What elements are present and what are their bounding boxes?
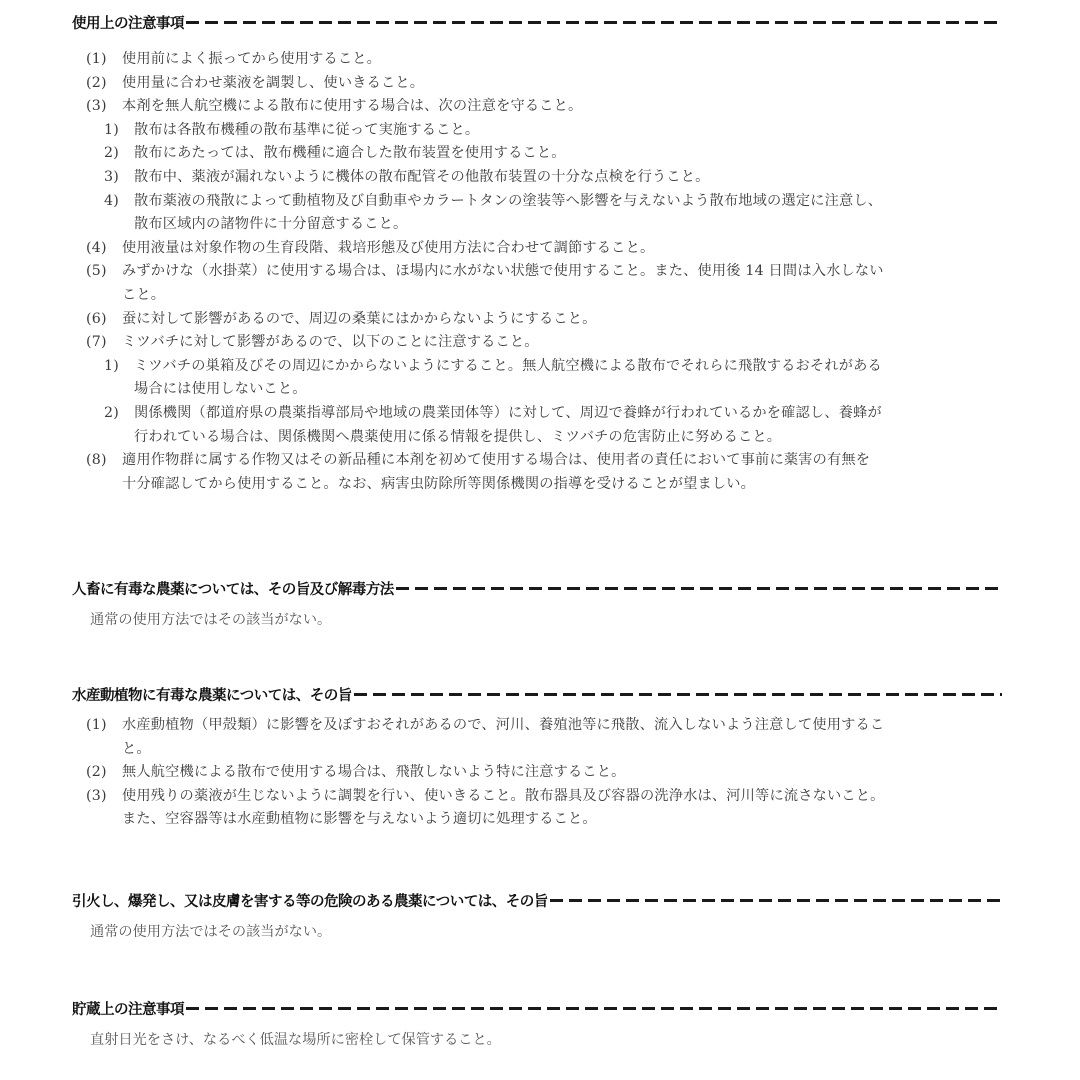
section-heading: 引火し、爆発し、又は皮膚を害する等の危険のある農薬については、その旨 (72, 888, 1002, 912)
sub-item-text: 散布中、薬液が漏れないように機体の散布配管その他散布装置の十分な点検を行うこと。 (134, 169, 710, 185)
item-number: (4) (86, 237, 107, 261)
sub-item-text: 関係機関（都道府県の農薬指導部局や地域の農業団体等）に対して、周辺で養蜂が行われ… (134, 402, 1002, 426)
list-item: (3)使用残りの薬液が生じないように調製を行い、使いきること。散布器具及び容器の… (86, 785, 1002, 832)
sub-item-number: 2) (104, 142, 119, 166)
section-usage-precautions: 使用上の注意事項 (1)使用前によく振ってから使用すること。 (2)使用量に合わ… (72, 10, 1002, 496)
list-item: (8)適用作物群に属する作物又はその新品種に本剤を初めて使用する場合は、使用者の… (86, 449, 1002, 496)
sub-item-text: 散布は各散布機種の散布基準に従って実施すること。 (134, 122, 479, 138)
list-item: (2)使用量に合わせ薬液を調製し、使いきること。 (86, 72, 1002, 96)
item-text-cont: 十分確認してから使用すること。なお、病害虫防除所等関係機関の指導を受けることが望… (122, 473, 1002, 497)
sub-item-number: 1) (104, 119, 119, 143)
item-text-cont: と。 (122, 738, 1002, 762)
list-item: (7)ミツバチに対して影響があるので、以下のことに注意すること。 (86, 331, 1002, 355)
sub-item-text-cont: 散布区域内の諸物件に十分留意すること。 (134, 213, 1002, 237)
section-text: 通常の使用方法ではその該当がない。 (90, 920, 1002, 944)
item-text: 水産動植物（甲殻類）に影響を及ぼすおそれがあるので、河川、養殖池等に飛散、流入し… (122, 714, 1002, 738)
item-number: (6) (86, 308, 107, 332)
item-number: (2) (86, 761, 107, 785)
sub-item-text: 散布薬液の飛散によって動植物及び自動車やカラートタンの塗装等へ影響を与えないよう… (134, 190, 1002, 214)
item-number: (3) (86, 785, 107, 809)
section-human-livestock-toxicity: 人畜に有毒な農薬については、その旨及び解毒方法 通常の使用方法ではその該当がない… (72, 576, 1002, 632)
item-number: (3) (86, 95, 107, 119)
heading-text: 水産動植物に有毒な農薬については、その旨 (72, 684, 352, 705)
heading-text: 引火し、爆発し、又は皮膚を害する等の危険のある農薬については、その旨 (72, 890, 548, 911)
heading-text: 使用上の注意事項 (72, 12, 184, 33)
item-number: (2) (86, 72, 107, 96)
list-item: (5)みずかけな（水掛菜）に使用する場合は、ほ場内に水がない状態で使用すること。… (86, 260, 1002, 307)
list-item: (6)蚕に対して影響があるので、周辺の桑葉にはかからないようにすること。 (86, 308, 1002, 332)
section-aquatic-toxicity: 水産動植物に有毒な農薬については、その旨 (1)水産動植物（甲殻類）に影響を及ぼ… (72, 682, 1002, 832)
item-text: 使用量に合わせ薬液を調製し、使いきること。 (122, 75, 424, 91)
sub-list-item: 4)散布薬液の飛散によって動植物及び自動車やカラートタンの塗装等へ影響を与えない… (104, 190, 1002, 237)
sub-item-text-cont: 行われている場合は、関係機関へ農薬使用に係る情報を提供し、ミツバチの危害防止に努… (134, 426, 1002, 450)
list-item: (2)無人航空機による散布で使用する場合は、飛散しないよう特に注意すること。 (86, 761, 1002, 785)
item-number: (1) (86, 48, 107, 72)
section-fire-explosion-skin-hazard: 引火し、爆発し、又は皮膚を害する等の危険のある農薬については、その旨 通常の使用… (72, 888, 1002, 944)
dashed-rule (186, 21, 1002, 24)
item-text: 適用作物群に属する作物又はその新品種に本剤を初めて使用する場合は、使用者の責任に… (122, 449, 1002, 473)
item-text-cont: また、空容器等は水産動植物に影響を与えないよう適切に処理すること。 (122, 808, 1002, 832)
item-text-cont: こと。 (122, 284, 1002, 308)
dashed-rule (550, 899, 1002, 902)
sub-list-item: 1)散布は各散布機種の散布基準に従って実施すること。 (104, 119, 1002, 143)
sub-item-text: ミツバチの巣箱及びその周辺にかからないようにすること。無人航空機による散布でそれ… (134, 355, 1002, 379)
list-item: (1)水産動植物（甲殻類）に影響を及ぼすおそれがあるので、河川、養殖池等に飛散、… (86, 714, 1002, 761)
item-number: (8) (86, 449, 107, 473)
sub-list-item: 1)ミツバチの巣箱及びその周辺にかからないようにすること。無人航空機による散布で… (104, 355, 1002, 402)
item-text: 蚕に対して影響があるので、周辺の桑葉にはかからないようにすること。 (122, 311, 597, 327)
item-text: 本剤を無人航空機による散布に使用する場合は、次の注意を守ること。 (122, 98, 582, 114)
item-text: ミツバチに対して影響があるので、以下のことに注意すること。 (122, 334, 539, 350)
heading-text: 貯蔵上の注意事項 (72, 998, 184, 1019)
sub-item-number: 1) (104, 355, 119, 379)
item-text: 無人航空機による散布で使用する場合は、飛散しないよう特に注意すること。 (122, 764, 626, 780)
section-text: 通常の使用方法ではその該当がない。 (90, 608, 1002, 632)
item-number: (1) (86, 714, 107, 738)
section-storage-precautions: 貯蔵上の注意事項 直射日光をさけ、なるべく低温な場所に密栓して保管すること。 (72, 996, 1002, 1052)
heading-text: 人畜に有毒な農薬については、その旨及び解毒方法 (72, 578, 394, 599)
section-heading: 使用上の注意事項 (72, 10, 1002, 34)
section-heading: 貯蔵上の注意事項 (72, 996, 1002, 1020)
sub-item-number: 4) (104, 190, 119, 214)
sub-item-number: 3) (104, 166, 119, 190)
sub-item-text-cont: 場合には使用しないこと。 (134, 378, 1002, 402)
sub-item-number: 2) (104, 402, 119, 426)
sub-list-item: 2)散布にあたっては、散布機種に適合した散布装置を使用すること。 (104, 142, 1002, 166)
sub-item-text: 散布にあたっては、散布機種に適合した散布装置を使用すること。 (134, 145, 566, 161)
item-number: (7) (86, 331, 107, 355)
list-item: (4)使用液量は対象作物の生育段階、栽培形態及び使用方法に合わせて調節すること。 (86, 237, 1002, 261)
item-text: みずかけな（水掛菜）に使用する場合は、ほ場内に水がない状態で使用すること。また、… (122, 260, 1002, 284)
section-text: 直射日光をさけ、なるべく低温な場所に密栓して保管すること。 (90, 1028, 1002, 1052)
sub-list-item: 3)散布中、薬液が漏れないように機体の散布配管その他散布装置の十分な点検を行うこ… (104, 166, 1002, 190)
dashed-rule (354, 693, 1002, 696)
dashed-rule (186, 1007, 1002, 1010)
section-heading: 水産動植物に有毒な農薬については、その旨 (72, 682, 1002, 706)
item-text: 使用残りの薬液が生じないように調製を行い、使いきること。散布器具及び容器の洗浄水… (122, 785, 1002, 809)
item-text: 使用前によく振ってから使用すること。 (122, 51, 381, 67)
dashed-rule (396, 587, 1002, 590)
section-heading: 人畜に有毒な農薬については、その旨及び解毒方法 (72, 576, 1002, 600)
item-number: (5) (86, 260, 107, 284)
list-item: (3)本剤を無人航空機による散布に使用する場合は、次の注意を守ること。 (86, 95, 1002, 119)
list-item: (1)使用前によく振ってから使用すること。 (86, 48, 1002, 72)
sub-list-item: 2)関係機関（都道府県の農薬指導部局や地域の農業団体等）に対して、周辺で養蜂が行… (104, 402, 1002, 449)
item-text: 使用液量は対象作物の生育段階、栽培形態及び使用方法に合わせて調節すること。 (122, 240, 654, 256)
